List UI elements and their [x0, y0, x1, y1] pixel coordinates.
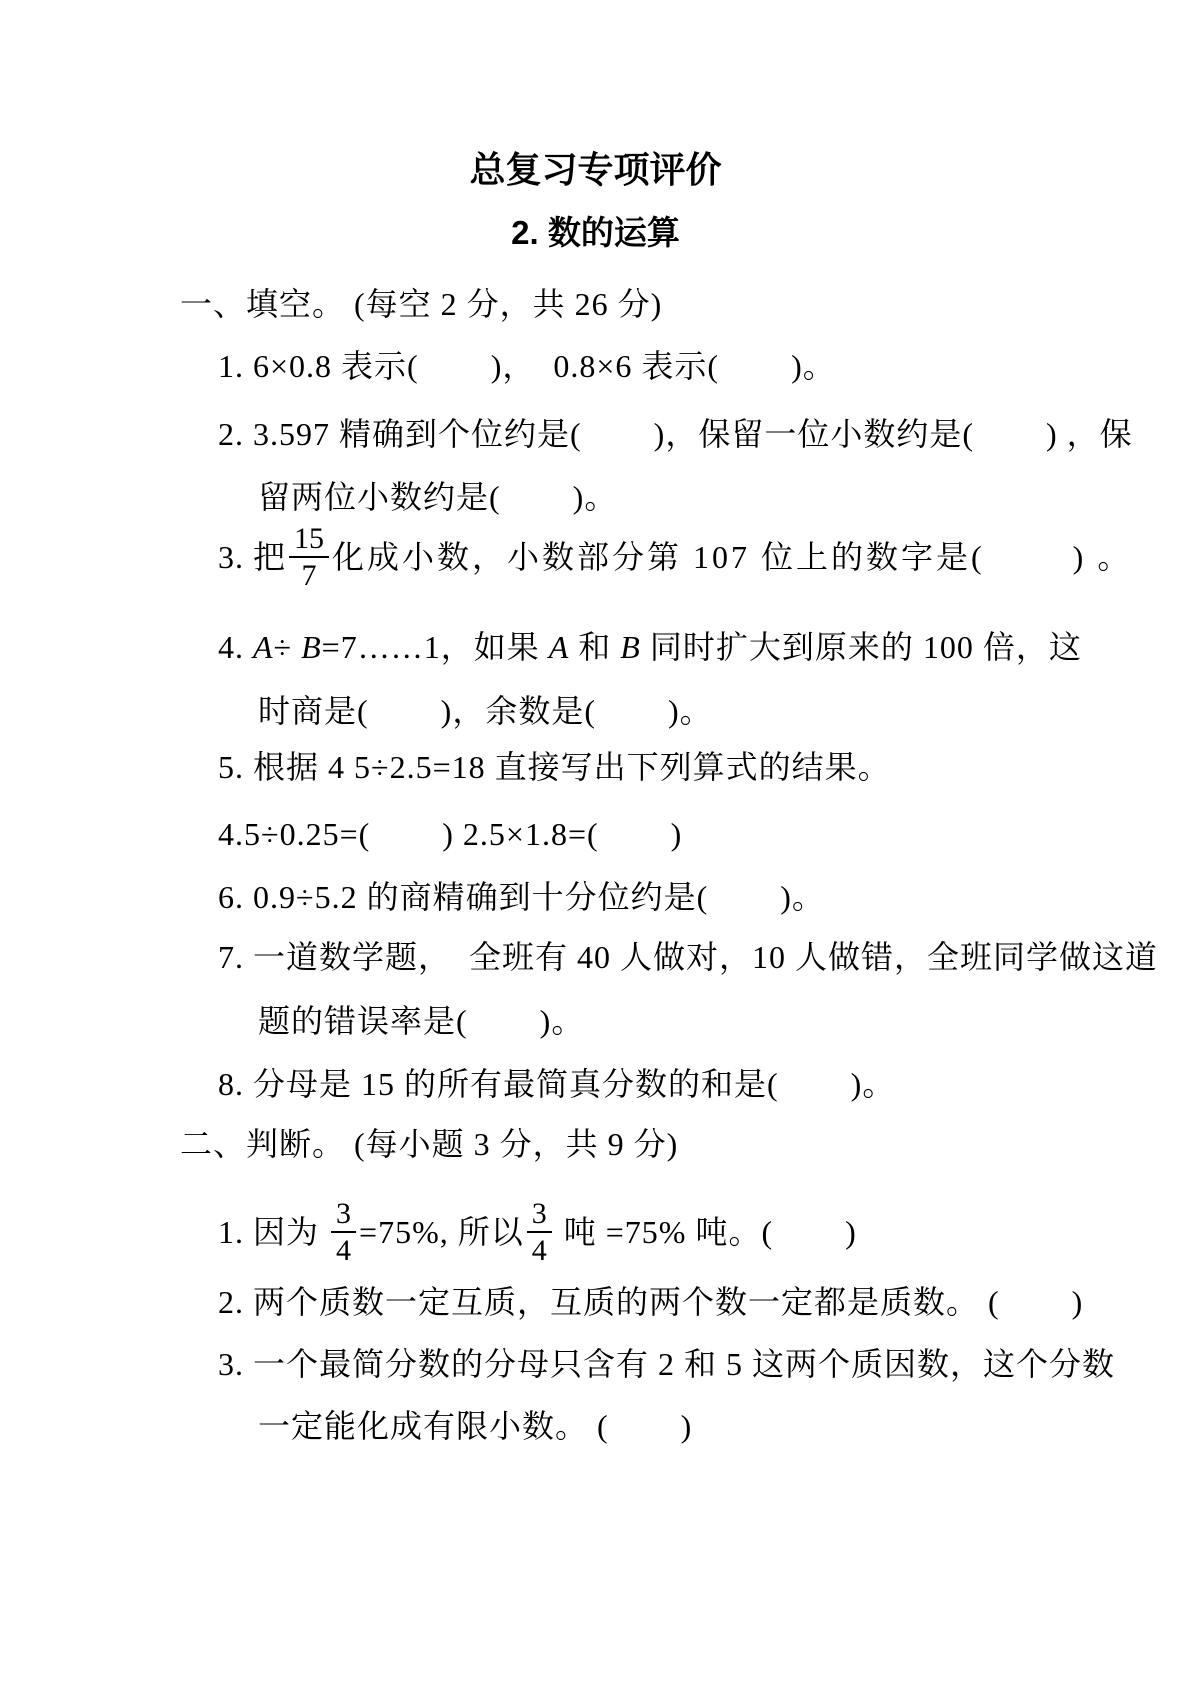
s2-item1-mid: =75%, 所以 [359, 1211, 524, 1253]
s1-item5-line1: 5. 根据 4 5÷2.5=18 直接写出下列算式的结果。 [218, 746, 891, 788]
s1-item3-prefix: 3. 把 [218, 536, 286, 578]
page-subtitle: 2. 数的运算 [0, 212, 1191, 254]
fraction-numerator: 3 [331, 1197, 356, 1233]
s1-item3: 3. 把157化成小数，小数部分第 107 位上的数字是( ) 。 [218, 517, 1132, 597]
section2-heading: 二、判断。 (每小题 3 分，共 9 分) [180, 1123, 678, 1165]
fraction-3-4: 34 [527, 1197, 552, 1267]
s2-item1-suffix: 吨 =75% 吨。( ) [555, 1211, 857, 1253]
fraction-denominator: 7 [289, 558, 329, 592]
s1-item2-line1: 2. 3.597 精确到个位约是( )，保留一位小数约是( ) ，保 [218, 413, 1133, 455]
s2-item3-line1: 3. 一个最简分数的分母只含有 2 和 5 这两个质因数，这个分数 [218, 1343, 1115, 1385]
s1-item7-line2: 题的错误率是( )。 [258, 1000, 584, 1042]
variable-a: A [253, 629, 274, 665]
s2-item3-line2: 一定能化成有限小数。 ( ) [258, 1405, 692, 1447]
variable-b: B [620, 629, 641, 665]
variable-b: B [301, 629, 322, 665]
fraction-denominator: 4 [331, 1233, 356, 1267]
s1-item8: 8. 分母是 15 的所有最简真分数的和是( )。 [218, 1063, 895, 1105]
s2-item1-prefix: 1. 因为 [218, 1211, 328, 1253]
s1-item4-and: 和 [569, 629, 620, 665]
s1-item4-line1: 4. A÷ B=7……1，如果 A 和 B 同时扩大到原来的 100 倍，这 [218, 626, 1082, 668]
fraction-denominator: 4 [527, 1233, 552, 1267]
s1-item1: 1. 6×0.8 表示( )， 0.8×6 表示( )。 [218, 345, 836, 387]
fraction-3-4: 34 [331, 1197, 356, 1267]
s1-item5-line2: 4.5÷0.25=( ) 2.5×1.8=( ) [218, 813, 682, 855]
s1-item4-equals: =7……1，如果 [322, 629, 549, 665]
variable-a: A [549, 629, 570, 665]
s1-item4-rest: 同时扩大到原来的 100 倍，这 [641, 629, 1082, 665]
s1-item4-divide: ÷ [274, 629, 302, 665]
worksheet-page: 总复习专项评价 2. 数的运算 一、填空。 (每空 2 分，共 26 分) 1.… [0, 0, 1191, 1684]
s1-item4-line2: 时商是( )，余数是( )。 [258, 690, 713, 732]
fraction-numerator: 15 [289, 522, 329, 558]
s1-item7-line1: 7. 一道数学题， 全班有 40 人做对，10 人做错，全班同学做这道 [218, 936, 1158, 978]
s1-item2-line2: 留两位小数约是( )。 [258, 476, 617, 518]
s1-item3-suffix: 化成小数，小数部分第 107 位上的数字是( ) 。 [332, 536, 1132, 578]
s1-item6: 6. 0.9÷5.2 的商精确到十分位约是( )。 [218, 876, 825, 918]
fraction-15-7: 157 [289, 522, 329, 592]
page-title: 总复习专项评价 [0, 148, 1191, 192]
s1-item4-num: 4. [218, 629, 253, 665]
fraction-numerator: 3 [527, 1197, 552, 1233]
s2-item2: 2. 两个质数一定互质，互质的两个数一定都是质数。 ( ) [218, 1281, 1083, 1323]
section1-heading: 一、填空。 (每空 2 分，共 26 分) [180, 283, 662, 325]
s2-item1: 1. 因为 34=75%, 所以34 吨 =75% 吨。( ) [218, 1192, 857, 1272]
